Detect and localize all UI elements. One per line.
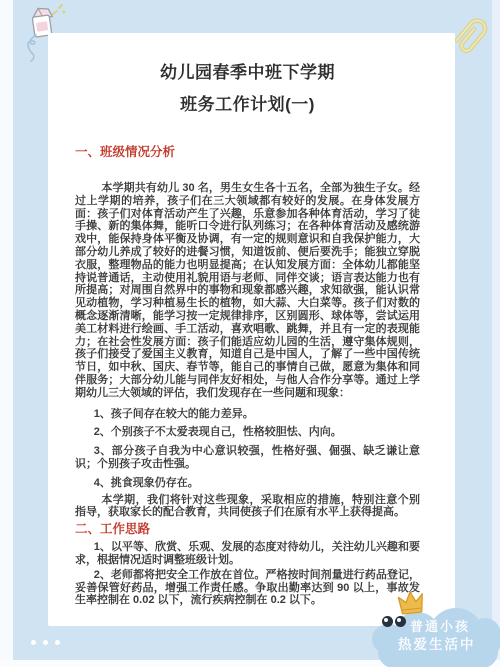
section2-item2: 2、老师都将把安全工作放在首位。严格按时间剂量进行药品登记，妥善保管好药品，增强… xyxy=(75,569,420,607)
section1-item3: 3、部分孩子自我为中心意识较强，性格好强、倔强、缺乏谦让意识；个别孩子攻击性强。 xyxy=(75,445,420,471)
section1-paragraph2: 本学期，我们将针对这些现象，采取相应的措施，特别注意个别指导，获取家长的配合教育… xyxy=(75,494,420,520)
photo-frame-left xyxy=(0,0,13,667)
watermark-text-line2: 热爱生活中 xyxy=(398,633,476,653)
pagination-dots xyxy=(31,640,60,645)
squiggle-decoration xyxy=(22,33,48,63)
dot xyxy=(43,640,48,645)
crown-icon xyxy=(395,586,430,617)
dot xyxy=(31,640,36,645)
sparkle-icon xyxy=(50,4,68,20)
document-page: 幼儿园春季中班下学期 班务工作计划(一) 一、班级情况分析 本学期共有幼儿 30… xyxy=(48,33,455,626)
watermark: 普通小孩 热爱生活中 xyxy=(370,588,500,667)
section1-item2: 2、个别孩子不太爱表现自己，性格较胆怯、内向。 xyxy=(75,426,420,439)
section2-item1: 1、以平等、欣赏、乐观、发展的态度对待幼儿，关注幼儿兴趣和要求，根据情况适时调整… xyxy=(75,541,420,567)
section1-item4: 4、挑食现象仍存在。 xyxy=(75,477,420,490)
page-title-line2: 班务工作计划(一) xyxy=(75,95,420,115)
photo-frame-right xyxy=(492,0,500,667)
section1-paragraph1: 本学期共有幼儿 30 名，男生女生各十五名，全部为独生子女。经过上学期的培养，孩… xyxy=(75,182,420,400)
page-title-line1: 幼儿园春季中班下学期 xyxy=(75,63,420,83)
section2-heading: 二、工作思路 xyxy=(75,523,420,536)
section1-item1: 1、孩子间存在较大的能力差异。 xyxy=(75,408,420,421)
dot xyxy=(55,640,60,645)
section1-heading: 一、班级情况分析 xyxy=(75,146,420,159)
screenshot-root: { "doc": { "title_line1": "幼儿园春季中班下学期", … xyxy=(0,0,500,667)
eyes-icon xyxy=(382,616,406,627)
